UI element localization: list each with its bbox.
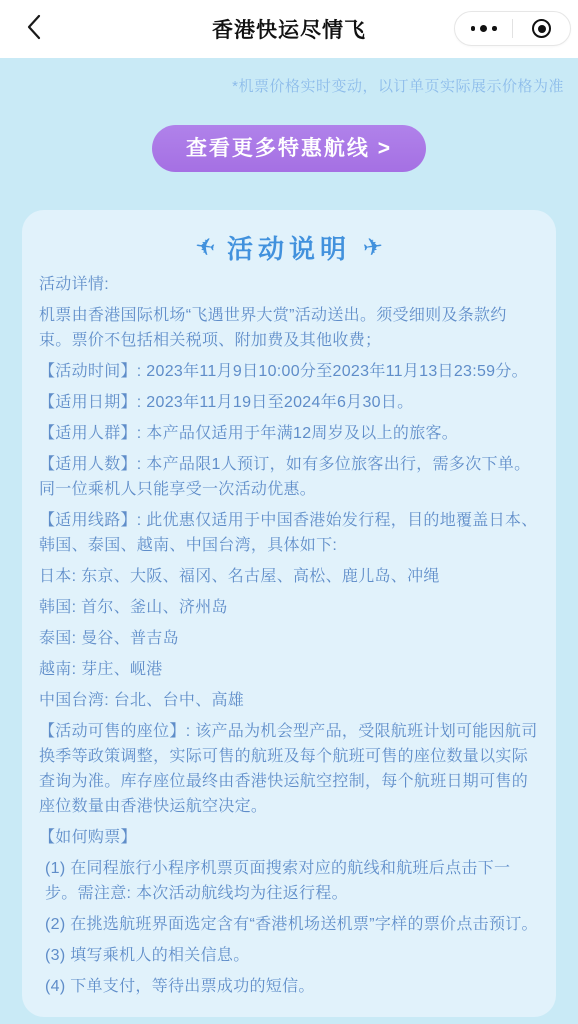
paragraph-valid-dates: 【适用日期】: 2023年11月19日至2024年6月30日。 <box>39 390 539 415</box>
more-options-button[interactable] <box>455 12 512 45</box>
card-title: 活动说明 <box>227 229 351 266</box>
three-dots-icon <box>471 25 497 32</box>
circle-target-icon <box>532 19 551 38</box>
paragraph-activity-time: 【活动时间】: 2023年11月9日10:00分至2023年11月13日23:5… <box>39 359 539 384</box>
paragraph-taiwan: 中国台湾: 台北、台中、高雄 <box>39 688 539 713</box>
view-more-routes-button[interactable]: 查看更多特惠航线 > <box>152 125 426 172</box>
paragraph-step-1: (1) 在同程旅行小程序机票页面搜索对应的航线和航班后点击下一步。需注意: 本次… <box>39 856 539 906</box>
paragraph-eligible-people: 【适用人群】: 本产品仅适用于年满12周岁及以上的旅客。 <box>39 421 539 446</box>
paragraph-details-label: 活动详情: <box>39 272 539 297</box>
paragraph-how-to-buy: 【如何购票】 <box>39 825 539 850</box>
paragraph-vietnam: 越南: 芽庄、岘港 <box>39 657 539 682</box>
page-content: *机票价格实时变动，以订单页实际展示价格为准 查看更多特惠航线 > ✈ 活动说明… <box>0 58 578 1017</box>
paragraph-routes: 【适用线路】: 此优惠仅适用于中国香港始发行程，目的地覆盖日本、韩国、泰国、越南… <box>39 508 539 558</box>
paragraph-step-2: (2) 在挑选航班界面选定含有“香港机场送机票”字样的票价点击预订。 <box>39 912 539 937</box>
paragraph-korea: 韩国: 首尔、釜山、济州岛 <box>39 595 539 620</box>
plane-left-icon: ✈ <box>193 234 216 261</box>
paragraph-seats: 【活动可售的座位】: 该产品为机会型产品，受限航班计划可能因航司换季等政策调整，… <box>39 719 539 819</box>
activity-info-card: ✈ 活动说明 ✈ 活动详情: 机票由香港国际机场“飞遇世界大赏”活动送出。须受细… <box>22 210 556 1017</box>
card-body: 活动详情: 机票由香港国际机场“飞遇世界大赏”活动送出。须受细则及条款约束。票价… <box>39 272 539 999</box>
paragraph-japan: 日本: 东京、大阪、福冈、名古屋、高松、鹿儿岛、冲绳 <box>39 564 539 589</box>
paragraph-step-3: (3) 填写乘机人的相关信息。 <box>39 943 539 968</box>
paragraph-intro: 机票由香港国际机场“飞遇世界大赏”活动送出。须受细则及条款约束。票价不包括相关税… <box>39 303 539 353</box>
paragraph-thailand: 泰国: 曼谷、普吉岛 <box>39 626 539 651</box>
app-header: 香港快运尽情飞 <box>0 0 578 58</box>
card-title-row: ✈ 活动说明 ✈ <box>39 229 539 266</box>
exit-miniprogram-button[interactable] <box>513 12 570 45</box>
plane-right-icon: ✈ <box>361 234 384 261</box>
wechat-capsule <box>454 11 571 46</box>
paragraph-person-limit: 【适用人数】: 本产品限1人预订，如有多位旅客出行，需多次下单。同一位乘机人只能… <box>39 452 539 502</box>
paragraph-step-4: (4) 下单支付，等待出票成功的短信。 <box>39 974 539 999</box>
price-disclaimer: *机票价格实时变动，以订单页实际展示价格为准 <box>0 58 578 96</box>
